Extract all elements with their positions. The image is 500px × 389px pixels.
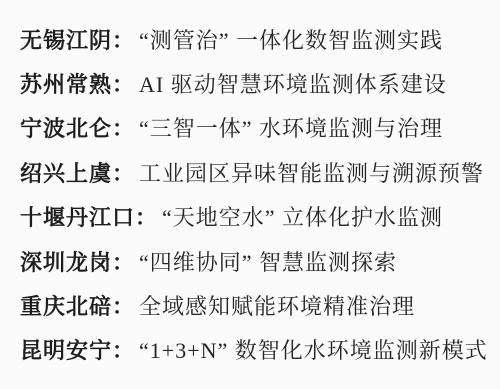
case-title: “1+3+N” 数智化水环境监测新模式 <box>139 334 488 365</box>
city-label: 宁波北仑： <box>20 112 135 143</box>
list-item: 宁波北仑： “三智一体” 水环境监测与治理 <box>20 106 490 150</box>
case-title: AI 驱动智慧环境监测体系建设 <box>139 68 447 99</box>
list-item: 十堰丹江口： “天地空水” 立体化护水监测 <box>20 195 490 239</box>
case-title: 全域感知赋能环境精准治理 <box>139 290 415 321</box>
document-page: 无锡江阴： “测管治” 一体化数智监测实践 苏州常熟： AI 驱动智慧环境监测体… <box>0 0 500 389</box>
city-label: 深圳龙岗： <box>20 246 135 277</box>
city-label: 无锡江阴： <box>20 24 135 55</box>
list-item: 绍兴上虞： 工业园区异味智能监测与溯源预警 <box>20 150 490 194</box>
case-title: “四维协同” 智慧监测探索 <box>139 246 397 277</box>
list-item: 深圳龙岗： “四维协同” 智慧监测探索 <box>20 239 490 283</box>
city-label: 苏州常熟： <box>20 68 135 99</box>
case-title: “天地空水” 立体化护水监测 <box>162 201 443 232</box>
case-title: 工业园区异味智能监测与溯源预警 <box>139 157 484 188</box>
city-label: 绍兴上虞： <box>20 157 135 188</box>
list-item: 重庆北碚： 全域感知赋能环境精准治理 <box>20 283 490 327</box>
list-item: 昆明安宁： “1+3+N” 数智化水环境监测新模式 <box>20 328 490 372</box>
city-label: 十堰丹江口： <box>20 201 158 232</box>
case-title: “测管治” 一体化数智监测实践 <box>139 24 443 55</box>
list-item: 无锡江阴： “测管治” 一体化数智监测实践 <box>20 17 490 61</box>
city-label: 重庆北碚： <box>20 290 135 321</box>
case-title: “三智一体” 水环境监测与治理 <box>139 112 443 143</box>
list-item: 苏州常熟： AI 驱动智慧环境监测体系建设 <box>20 61 490 105</box>
city-label: 昆明安宁： <box>20 334 135 365</box>
